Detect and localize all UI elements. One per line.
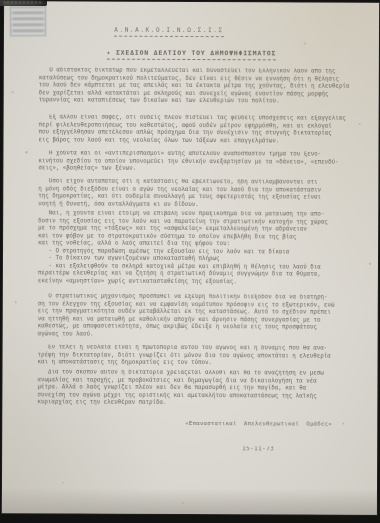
document-date: 15-11-73 bbox=[242, 446, 274, 452]
paragraph-3: Η χούντα και οι «αντιπερισπασμοί» αυτής … bbox=[38, 150, 362, 174]
paragraph-2: Εξ άλλου είναι σαφές, ότι ουδείς πλέον π… bbox=[38, 114, 362, 146]
paragraph-5-with-list: Ναι, η χούντα είναι έτοιμη να επιβάλη νέ… bbox=[38, 210, 362, 287]
document-page: Α.Ν.Α.Κ.Ο.Ι.Ν.Ω.Σ.Ι.Σ ✦ ΣΧΕΔΙΟΝ ΔΕΛΤΙΟΥ … bbox=[2, 1, 379, 515]
document-subtitle: ✦ ΣΧΕΔΙΟΝ ΔΕΛΤΙΟΥ ΤΟΥ ΔΗΜΟΨΗΦΙΣΜΑΤΟΣ bbox=[4, 48, 379, 61]
signature-line: «Επαναστατικαί Απελευθερωτικαί Ομάδες» bbox=[185, 421, 332, 428]
scan-background: Α.Ν.Α.Κ.Ο.Ι.Ν.Ω.Σ.Ι.Σ ✦ ΣΧΕΔΙΟΝ ΔΕΛΤΙΟΥ … bbox=[0, 0, 380, 523]
document-subtitle-text: ✦ ΣΧΕΔΙΟΝ ΔΕΛΤΙΟΥ ΤΟΥ ΔΗΜΟΨΗΦΙΣΜΑΤΟΣ bbox=[107, 49, 277, 61]
paragraph-8: Δια τον σκοπόν αυτόν η δικτατορία χρειάζ… bbox=[37, 369, 361, 408]
document-title-text: Α.Ν.Α.Κ.Ο.Ι.Ν.Ω.Σ.Ι.Σ bbox=[114, 27, 224, 37]
paragraph-7: Εν τέλει η νεολαία είναι η πρωτοπορία αυ… bbox=[38, 344, 362, 368]
paragraph-6: Ο στρατιωτικός μηχανισμός προσπαθεί να ε… bbox=[38, 293, 362, 340]
paragraph-1: Ο αδίστακτος δικτάτωρ που εκμεταλλεύεται… bbox=[39, 67, 363, 106]
paragraph-4: Όσοι είχον αυταπάτας ότι η κατάστασις θα… bbox=[38, 178, 362, 210]
scan-artifact-strip bbox=[0, 0, 47, 6]
document-title: Α.Ν.Α.Κ.Ο.Ι.Ν.Ω.Σ.Ι.Σ bbox=[4, 26, 334, 37]
